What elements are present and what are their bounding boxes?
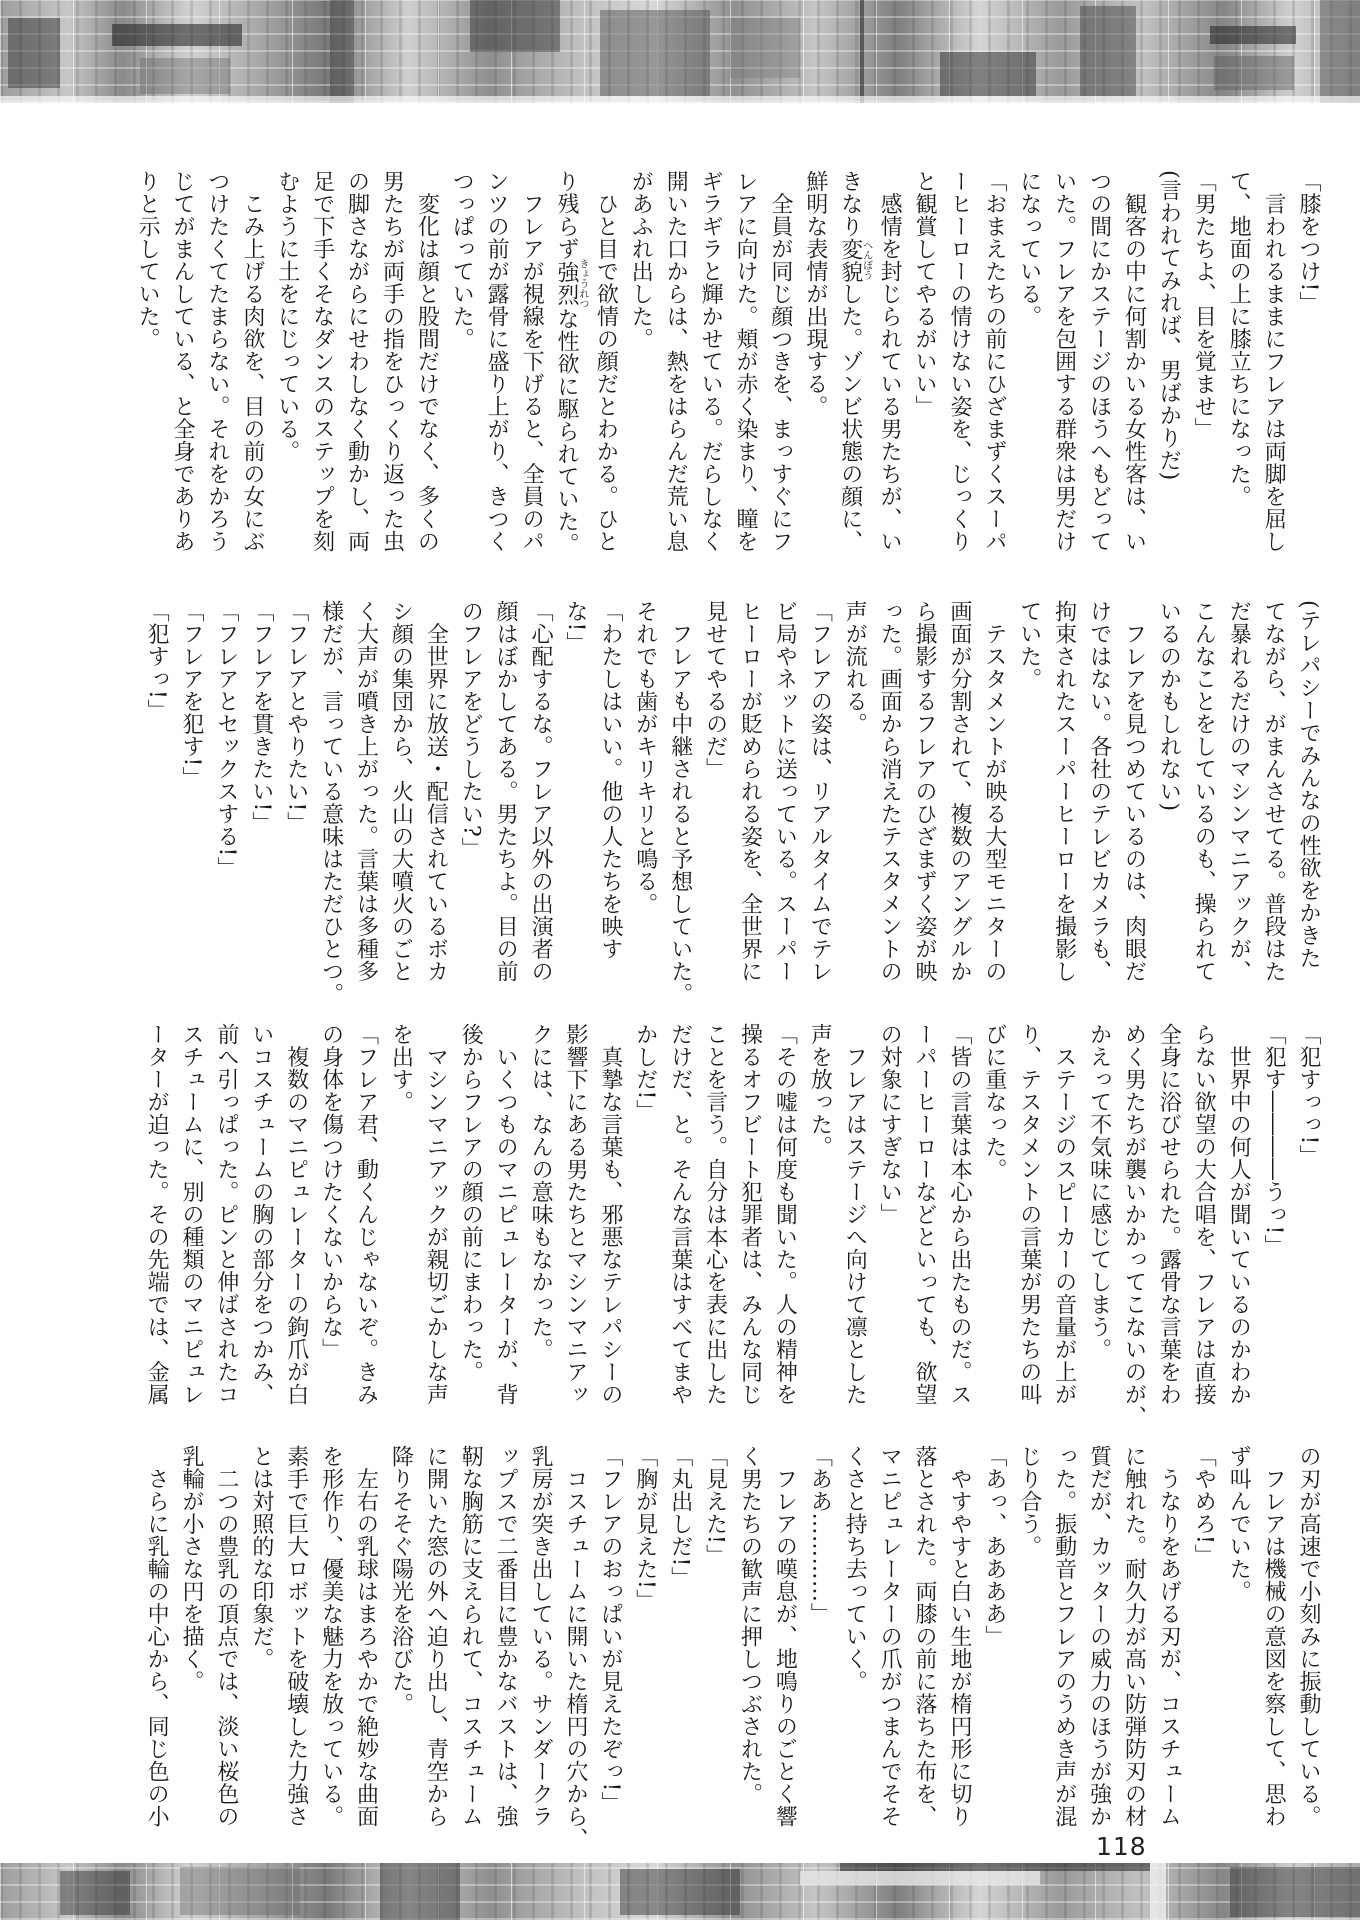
text-column: (言われてみれば、男ばかりだ): [1150, 170, 1185, 590]
text-column: びに重なった。: [976, 1023, 1011, 1443]
text-column: レアに向けた。頬が赤く染まり、瞳を: [727, 170, 762, 590]
text-column: つけたくてたまらない。それをかろう: [199, 170, 234, 590]
text-column: 靭な胸筋に支えられて、コスチューム: [452, 1445, 487, 1865]
text-column: を出す。: [383, 1023, 418, 1443]
header-art-block: [112, 24, 242, 46]
header-art-block: [940, 52, 1036, 96]
text-column: のフレアをどうしたい?」: [452, 600, 487, 1020]
text-column: 全員が同じ顔つきを、まっすぐにフ: [762, 170, 797, 590]
text-column: ップスで二番目に豊かなバストは、強: [487, 1445, 522, 1865]
text-column: り、テスタメントの言葉が男たちの叫: [1011, 1023, 1046, 1443]
header-artwork: [0, 0, 1360, 103]
text-column: 「おまえたちの前にひざまずくスーパ: [976, 170, 1011, 590]
text-column: かえって不気味に感じてしまう。: [1081, 1023, 1116, 1443]
text-column: 前へ引っぱった。ピンと伸ばされたコ: [208, 1023, 243, 1443]
text-column: かしだ!」: [627, 1023, 662, 1443]
text-column: 全世界に放送・配信されているボカ: [417, 600, 452, 1020]
text-column: 画面が分割されて、複数のアングルか: [941, 600, 976, 1020]
text-column: て、地面の上に膝立ちになった。: [1220, 170, 1255, 590]
text-column: 素手で巨大ロボットを破壊した力強さ: [278, 1445, 313, 1865]
text-column: った。画面から消えたテスタメントの: [871, 600, 906, 1020]
text-column: だ暴れるだけのマシンマニアックが、: [1220, 600, 1255, 1020]
text-column: 「その嘘は何度も聞いた。人の精神を: [767, 1023, 802, 1443]
footer-art-block: [180, 1867, 300, 1915]
text-column: の対象にすぎない」: [871, 1023, 906, 1443]
text-column: 「犯す――――うっ!」: [1255, 1023, 1290, 1443]
text-column: 「犯すっ!」: [138, 600, 173, 1020]
text-column: 様だが、言っている意味はただひとつ。: [313, 600, 348, 1020]
header-art-block: [8, 18, 60, 88]
text-column: (テレパシーでみんなの性欲をかきた: [1290, 600, 1325, 1020]
text-column: けではない。各社のテレビカメラも、: [1081, 600, 1116, 1020]
header-art-block: [1214, 56, 1294, 90]
text-column: 「あっ、ああああ」: [976, 1445, 1011, 1865]
text-column: 「心配するな。フレア以外の出演者の: [522, 600, 557, 1020]
text-column: ーターが迫った。その先端では、金属: [138, 1023, 173, 1443]
text-column: くさと持ち去っていく。: [836, 1445, 871, 1865]
text-column: ギラギラと輝かせている。だらしなく: [692, 170, 727, 590]
text-column: 「わたしはいい。他の人たちを映す: [592, 600, 627, 1020]
text-column: ステージのスピーカーの音量が上が: [1046, 1023, 1081, 1443]
header-art-block: [730, 18, 800, 78]
text-column: 観客の中に何割かいる女性客は、い: [1116, 170, 1151, 590]
footer-art-block: [60, 1871, 130, 1915]
furigana-ruby: 強烈きょうれつ: [554, 260, 579, 308]
text-column: やすやすと白い生地が楕円形に切り: [941, 1445, 976, 1865]
text-column: とは対照的な印象だ。: [243, 1445, 278, 1865]
text-column: 「丸出しだ!」: [662, 1445, 697, 1865]
text-column: ンツの前が露骨に盛り上がり、きつく: [478, 170, 513, 590]
text-column: それでも歯がキリキリと鳴る。: [627, 600, 662, 1020]
footer-art-block: [1230, 1867, 1360, 1917]
text-column: めく男たちが襲いかかってこないのが、: [1116, 1023, 1151, 1443]
text-column: フレアを見つめているのは、肉眼だ: [1116, 600, 1151, 1020]
text-column: 落とされた。両膝の前に落ちた布を、: [906, 1445, 941, 1865]
footer-art-block: [840, 1863, 1150, 1871]
text-column: 「胸が見えた!」: [627, 1445, 662, 1865]
text-column: 「フレアとセックスする!」: [208, 600, 243, 1020]
text-column: フレアが視線を下げると、全員のパ: [513, 170, 548, 590]
text-column: 足で下手くそなダンスのステップを刻: [304, 170, 339, 590]
text-column: 左右の乳球はまろやかで絶妙な曲面: [348, 1445, 383, 1865]
text-column: ら撮影するフレアのひざまずく姿が映: [906, 600, 941, 1020]
text-column: ーヒーローの情けない姿を、じっくり: [941, 170, 976, 590]
text-band-1: 「膝をつけ!」 言われるままにフレアは両脚を屈して、地面の上に膝立ちになった。「…: [129, 170, 1325, 590]
text-column: じてがまんしている、と全身でありあ: [164, 170, 199, 590]
text-column: むように土をにじっている。: [269, 170, 304, 590]
text-column: 「フレアを貫きたい!」: [243, 600, 278, 1020]
text-column: テスタメントが映る大型モニターの: [976, 600, 1011, 1020]
text-column: マニピュレーターの爪がつまんでそそ: [871, 1445, 906, 1865]
header-art-block: [0, 96, 1360, 103]
text-column: 「やめろ!」: [1185, 1445, 1220, 1865]
text-column: の身体を傷つけたくないからな」: [313, 1023, 348, 1443]
text-column: り残らず強烈きょうれつな性欲に駆られていた。: [548, 170, 587, 590]
text-column: があふれ出した。: [622, 170, 657, 590]
text-column: じり合う。: [1011, 1445, 1046, 1865]
text-column: クには、なんの意味もなかった。: [522, 1023, 557, 1443]
text-band-3: 「犯すっっ!」「犯す――――うっ!」 世界中の何人が聞いているのかわからない欲望…: [138, 1023, 1325, 1443]
text-column: 質だが、カッターの威力のほうが強か: [1081, 1445, 1116, 1865]
header-art-block: [1210, 26, 1296, 44]
header-art-block: [600, 10, 710, 96]
text-column: ヒーローが貶められる姿を、全世界に: [732, 600, 767, 1020]
text-column: だけだ、と。そんな言葉はすべてまや: [662, 1023, 697, 1443]
text-column: 顔はぼかしてある。男たちよ。目の前: [487, 600, 522, 1020]
text-column: つっぱっていた。: [443, 170, 478, 590]
text-column: になっている。: [1011, 170, 1046, 590]
text-column: 複数のマニピュレーターの鉤爪が白: [278, 1023, 313, 1443]
text-column: 真摯な言葉も、邪悪なテレパシーの: [592, 1023, 627, 1443]
text-column: 「皆の言葉は本心から出たものだ。ス: [941, 1023, 976, 1443]
text-column: フレアも中継されると予想していた。: [662, 600, 697, 1020]
text-column: ーパーヒーローなどといっても、欲望: [906, 1023, 941, 1443]
text-column: 全身に浴びせられた。露骨な言葉をわ: [1150, 1023, 1185, 1443]
footer-art-block: [800, 1871, 1040, 1885]
text-column: ひと目で欲情の顔だとわかる。ひと: [587, 170, 622, 590]
text-column: フレアはステージへ向けて凛とした: [836, 1023, 871, 1443]
text-column: ず叫んでいた。: [1220, 1445, 1255, 1865]
text-column: く大声が噴き上がった。言葉は多種多: [348, 600, 383, 1020]
text-column: てながら、がまんさせてる。普段はた: [1255, 600, 1290, 1020]
text-column: に開いた窓の外へ迫り出し、青空から: [417, 1445, 452, 1865]
text-column: こみ上げる肉欲を、目の前の女にぶ: [234, 170, 269, 590]
text-column: きなり変貌へんぼうした。ゾンビ状態の顔に、: [832, 170, 871, 590]
text-column: 世界中の何人が聞いているのかわか: [1220, 1023, 1255, 1443]
text-column: スチュームに、別の種類のマニピュレ: [173, 1023, 208, 1443]
text-column: フレアは機械の意図を察して、思わ: [1255, 1445, 1290, 1865]
text-column: 言われるままにフレアは両脚を屈し: [1255, 170, 1290, 590]
text-column: いるのかもしれない): [1150, 600, 1185, 1020]
text-column: 後からフレアの顔の前にまわった。: [452, 1023, 487, 1443]
text-column: った。振動音とフレアのうめき声が混: [1046, 1445, 1081, 1865]
text-column: コスチュームに開いた楕円の穴から、: [557, 1445, 592, 1865]
text-column: 拘束されたスーパーヒーローを撮影し: [1046, 600, 1081, 1020]
text-column: こんなことをしているのも、操られて: [1185, 600, 1220, 1020]
text-column: に触れた。耐久力が高い防弾防刃の材: [1116, 1445, 1151, 1865]
text-column: と観賞してやるがいい」: [906, 170, 941, 590]
footer-art-block: [620, 1869, 740, 1915]
text-column: を形作り、優美な魅力を放っている。: [313, 1445, 348, 1865]
furigana-ruby: 変貌へんぼう: [838, 238, 863, 283]
text-column: 「フレア君、動くんじゃないぞ。きみ: [348, 1023, 383, 1443]
text-column: 影響下にある男たちとマシンマニアッ: [557, 1023, 592, 1443]
text-column: つの間にかステージのほうへもどって: [1081, 170, 1116, 590]
text-column: シ顔の集団から、火山の大噴火のごと: [383, 600, 418, 1020]
header-art-block: [470, 0, 560, 52]
text-column: 乳輪が小さな円を描く。: [173, 1445, 208, 1865]
text-column: いくつものマニピュレーターが、背: [487, 1023, 522, 1443]
text-column: 開いた口からは、熱をはらんだ荒い息: [657, 170, 692, 590]
text-column: 声を放った。: [801, 1023, 836, 1443]
text-column: うなりをあげる刃が、コスチューム: [1150, 1445, 1185, 1865]
text-column: マシンマニアックが親切ごかしな声: [417, 1023, 452, 1443]
text-band-2: (テレパシーでみんなの性欲をかきたてながら、がまんさせてる。普段はただ暴れるだけ…: [138, 600, 1325, 1020]
text-column: フレアの嘆息が、地鳴りのごとく響: [767, 1445, 802, 1865]
text-column: いた。フレアを包囲する群衆は男だけ: [1046, 170, 1081, 590]
footer-artwork: [0, 1863, 1360, 1920]
text-column: りと示していた。: [129, 170, 164, 590]
text-column: さらに乳輪の中心から、同じ色の小: [138, 1445, 173, 1865]
text-column: ことを言う。自分は本心を表に出した: [697, 1023, 732, 1443]
header-art-block: [330, 0, 354, 103]
text-column: 「フレアのおっぱいが見えたぞっ!」: [592, 1445, 627, 1865]
footer-art-block: [1150, 1863, 1166, 1920]
footer-art-block: [380, 1863, 460, 1920]
text-column: 声が流れる。: [836, 600, 871, 1020]
text-column: 「フレアの姿は、リアルタイムでテレ: [801, 600, 836, 1020]
text-column: いコスチュームの胸の部分をつかみ、: [243, 1023, 278, 1443]
text-band-4: の刃が高速で小刻みに振動している。 フレアは機械の意図を察して、思わず叫んでいた…: [138, 1445, 1325, 1865]
header-art-block: [1320, 0, 1360, 103]
text-column: 「膝をつけ!」: [1290, 170, 1325, 590]
header-art-block: [140, 58, 230, 94]
text-column: ビ局やネットに送っている。スーパー: [767, 600, 802, 1020]
text-column: 「見えた!」: [697, 1445, 732, 1865]
text-column: 鮮明な表情が出現する。: [797, 170, 832, 590]
text-column: く男たちの歓声に押しつぶされた。: [732, 1445, 767, 1865]
text-column: ていた。: [1011, 600, 1046, 1020]
header-art-block: [860, 0, 864, 103]
text-column: 二つの豊乳の頂点では、淡い桜色の: [208, 1445, 243, 1865]
text-column: 感情を封じられている男たちが、い: [871, 170, 906, 590]
text-column: らない欲望の大合唱を、フレアは直接: [1185, 1023, 1220, 1443]
text-column: の脚さながらにせわしなく動かし、両: [339, 170, 374, 590]
text-column: 降りそそぐ陽光を浴びた。: [383, 1445, 418, 1865]
text-column: 「犯すっっ!」: [1290, 1023, 1325, 1443]
header-art-block: [1080, 6, 1136, 96]
text-column: 見せてやるのだ」: [697, 600, 732, 1020]
text-column: 乳房が突き出している。サンダークラ: [522, 1445, 557, 1865]
text-column: 操るオフビート犯罪者は、みんな同じ: [732, 1023, 767, 1443]
text-column: な!」: [557, 600, 592, 1020]
text-column: の刃が高速で小刻みに振動している。: [1290, 1445, 1325, 1865]
page-number: 118: [1096, 1832, 1147, 1861]
text-column: 男たちが両手の指をひっくり返った虫: [374, 170, 409, 590]
text-column: 「フレアを犯す!」: [173, 600, 208, 1020]
text-column: 「ああ…………」: [801, 1445, 836, 1865]
text-column: 変化は顔と股間だけでなく、多くの: [408, 170, 443, 590]
text-column: 「フレアとやりたい!」: [278, 600, 313, 1020]
text-column: 「男たちよ、目を覚ませ」: [1185, 170, 1220, 590]
